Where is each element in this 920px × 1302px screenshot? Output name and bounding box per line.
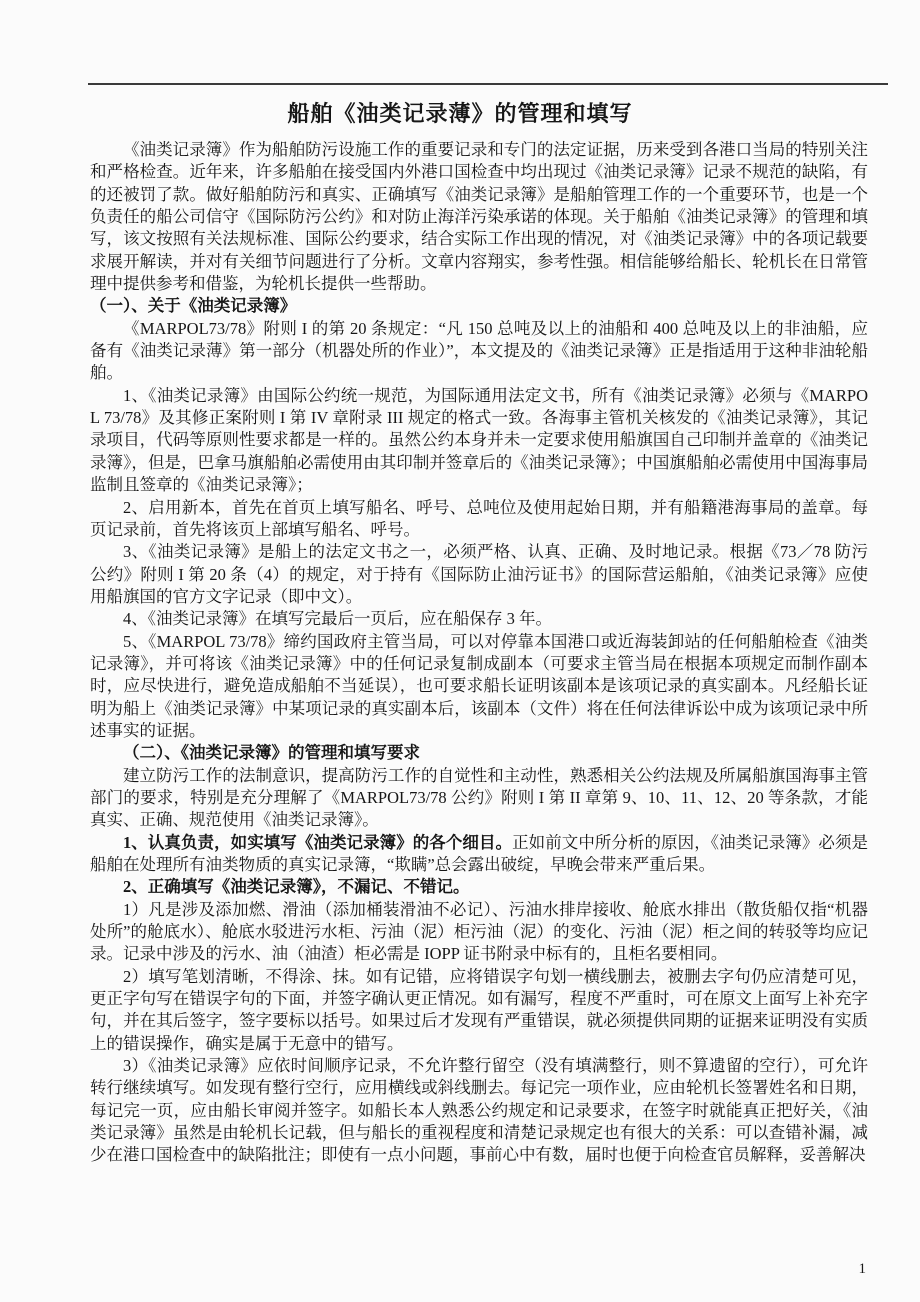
section2-item-2: 2、正确填写《油类记录簿》，不漏记、不错记。 (90, 876, 868, 898)
intro-paragraph: 《油类记录簿》作为船舶防污设施工作的重要记录和专门的法定证据，历来受到各港口当局… (90, 139, 868, 295)
section1-item-5: 5、《MARPOL 73/78》缔约国政府主管当局，可以对停靠本国港口或近海装卸… (90, 631, 868, 743)
page-number: 1 (859, 1261, 867, 1278)
section1-intro-paragraph: 《MARPOL73/78》附则 I 的第 20 条规定：“凡 150 总吨及以上… (90, 318, 868, 385)
document-body: 《油类记录簿》作为船舶防污设施工作的重要记录和专门的法定证据，历来受到各港口当局… (90, 139, 868, 1167)
section2-item-1: 1、认真负责，如实填写《油类记录簿》的各个细目。正如前文中所分析的原因，《油类记… (90, 832, 868, 877)
section1-item-2: 2、启用新本，首先在首页上填写船名、呼号、总吨位及使用起始日期，并有船籍港海事局… (90, 497, 868, 542)
header-rule-divider (88, 83, 888, 85)
section1-heading: （一）、关于《油类记录簿》 (90, 295, 868, 317)
section2-intro-paragraph: 建立防污工作的法制意识，提高防污工作的自觉性和主动性，熟悉相关公约法规及所属船旗… (90, 765, 868, 832)
section2-subitem-2: 2）填写笔划清晰，不得涂、抹。如有记错，应将错误字句划一横线删去，被删去字句仍应… (90, 966, 868, 1055)
section1-item-1: 1、《油类记录簿》由国际公约统一规范，为国际通用法定文书，所有《油类记录簿》必须… (90, 385, 868, 497)
page-title: 船舶《油类记录薄》的管理和填写 (0, 97, 920, 128)
section2-subitem-3: 3）《油类记录簿》应依时间顺序记录，不允许整行留空（没有填满整行，则不算遗留的空… (90, 1055, 868, 1167)
document-page: 船舶《油类记录薄》的管理和填写 《油类记录簿》作为船舶防污设施工作的重要记录和专… (0, 0, 920, 1302)
section2-item-1-bold-lead: 1、认真负责，如实填写《油类记录簿》的各个细目。 (123, 833, 512, 852)
section1-item-4: 4、《油类记录簿》在填写完最后一页后，应在船保存 3 年。 (90, 608, 868, 630)
section1-item-3: 3、《油类记录簿》是船上的法定文书之一，必须严格、认真、正确、及时地记录。根据《… (90, 541, 868, 608)
section2-heading: （二）、《油类记录簿》的管理和填写要求 (90, 742, 868, 764)
section2-subitem-1: 1）凡是涉及添加燃、滑油（添加桶装滑油不必记）、污油水排岸接收、舱底水排出（散货… (90, 899, 868, 966)
